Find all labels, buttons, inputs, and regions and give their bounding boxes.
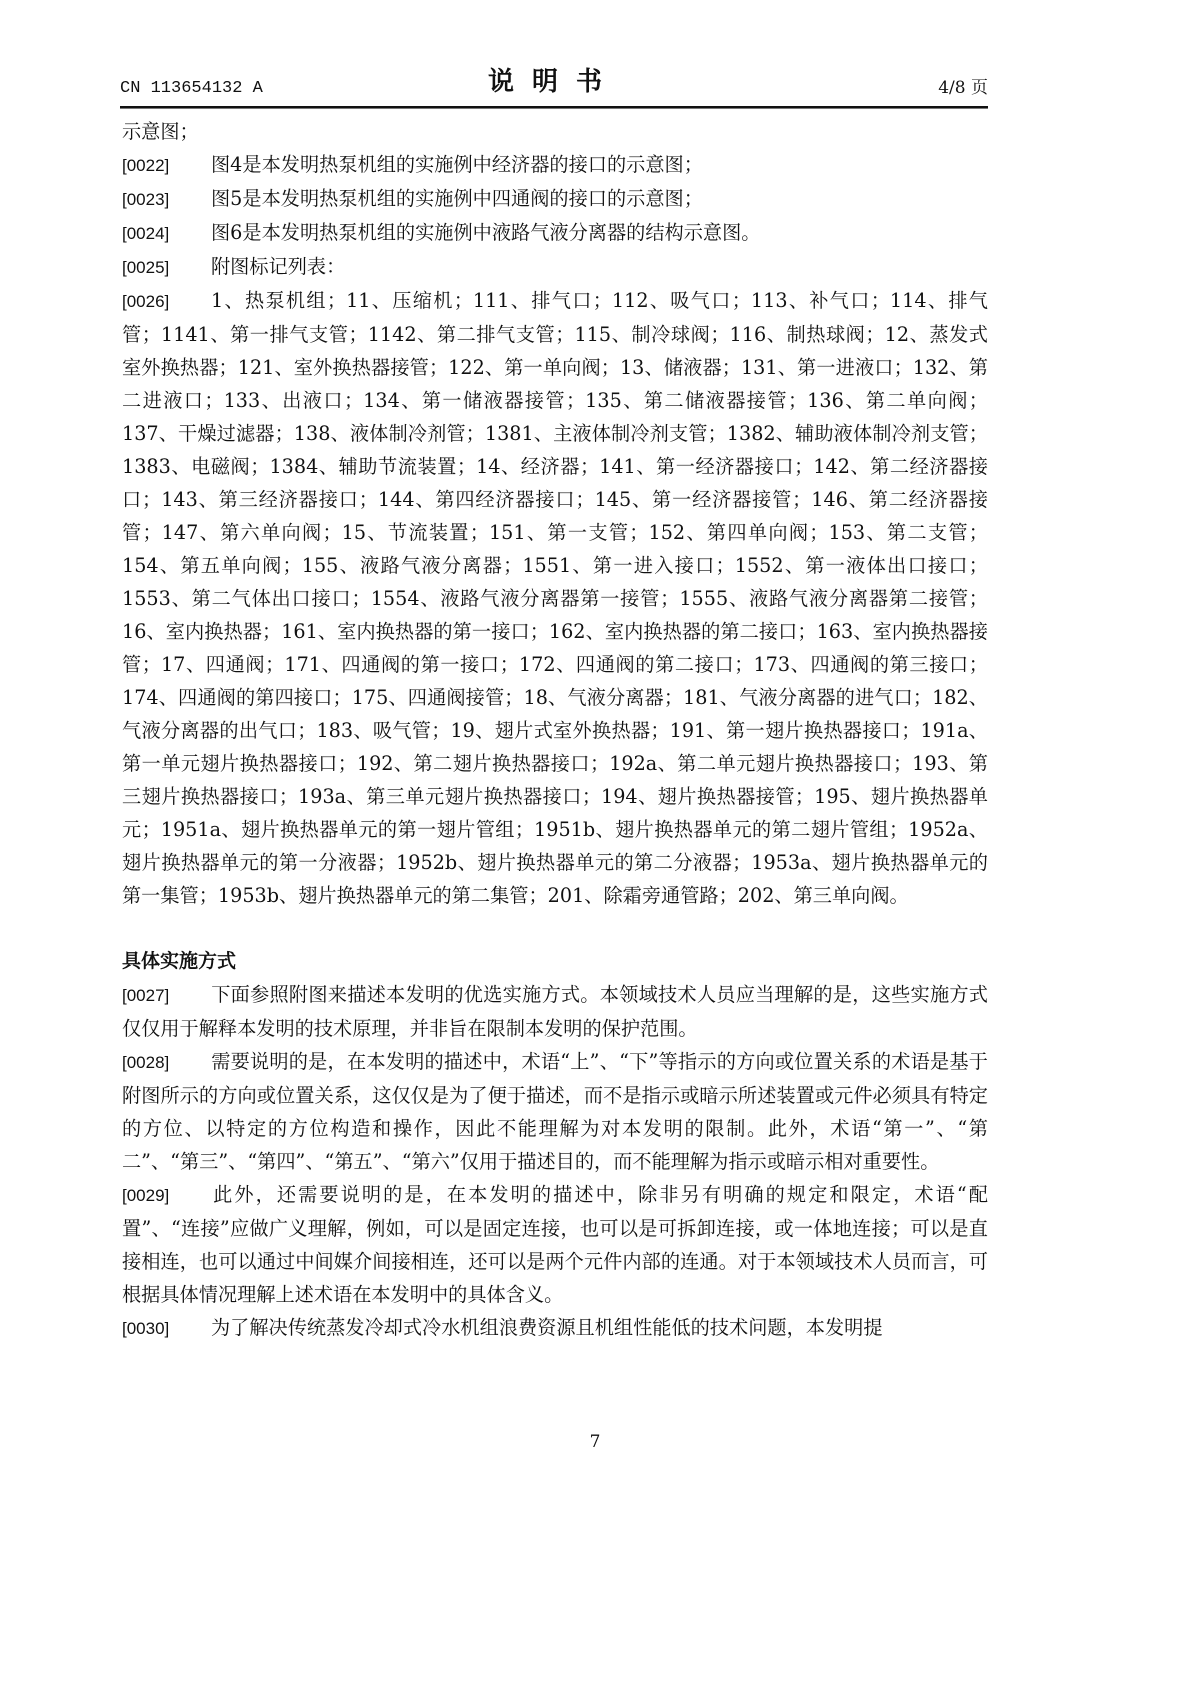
- paragraph-number: [0024]: [122, 217, 211, 250]
- paragraph: 示意图；: [122, 115, 988, 148]
- paragraph-text: 图5是本发明热泵机组的实施例中四通阀的接口的示意图；: [211, 187, 703, 210]
- page-header: CN 113654132 A 说明书 4/8 页: [120, 62, 988, 104]
- paragraph-text: 为了解决传统蒸发冷却式冷水机组浪费资源且机组性能低的技术问题，本发明提: [211, 1316, 883, 1339]
- paragraph-0030: [0030]为了解决传统蒸发冷却式冷水机组浪费资源且机组性能低的技术问题，本发明…: [122, 1311, 988, 1345]
- paragraph-text: 此外，还需要说明的是，在本发明的描述中，除非另有明确的规定和限定，术语“配置”、…: [122, 1183, 988, 1306]
- paragraph-0029: [0029]此外，还需要说明的是，在本发明的描述中，除非另有明确的规定和限定，术…: [122, 1178, 988, 1311]
- paragraph-0026: [0026]1、热泵机组；11、压缩机；111、排气口；112、吸气口；113、…: [122, 284, 988, 912]
- document-title: 说明书: [120, 61, 988, 98]
- paragraph-text: 示意图；: [122, 120, 199, 143]
- paragraph-0023: [0023]图5是本发明热泵机组的实施例中四通阀的接口的示意图；: [122, 182, 988, 216]
- section-heading: 具体实施方式: [122, 945, 988, 978]
- paragraph-text: 图4是本发明热泵机组的实施例中经济器的接口的示意图；: [211, 153, 703, 176]
- paragraph-number: [0029]: [122, 1179, 211, 1212]
- paragraph-0024: [0024]图6是本发明热泵机组的实施例中液路气液分离器的结构示意图。: [122, 216, 988, 250]
- paragraph-number: [0023]: [122, 183, 211, 216]
- paragraph-0022: [0022]图4是本发明热泵机组的实施例中经济器的接口的示意图；: [122, 148, 988, 182]
- header-divider: [120, 106, 988, 109]
- page-number: 7: [0, 1432, 1190, 1452]
- paragraph-text: 1、热泵机组；11、压缩机；111、排气口；112、吸气口；113、补气口；11…: [122, 289, 988, 907]
- paragraph-0028: [0028]需要说明的是，在本发明的描述中，术语“上”、“下”等指示的方向或位置…: [122, 1045, 988, 1178]
- paragraph-text: 图6是本发明热泵机组的实施例中液路气液分离器的结构示意图。: [211, 221, 760, 244]
- paragraph-0025: [0025]附图标记列表：: [122, 250, 988, 284]
- page-indicator: 4/8 页: [938, 73, 988, 98]
- paragraph-text: 下面参照附图来描述本发明的优选实施方式。本领域技术人员应当理解的是，这些实施方式…: [122, 983, 988, 1040]
- paragraph-number: [0025]: [122, 251, 211, 284]
- paragraph-text: 附图标记列表：: [211, 255, 345, 278]
- paragraph-number: [0026]: [122, 285, 211, 318]
- paragraph-number: [0022]: [122, 149, 211, 182]
- paragraph-number: [0030]: [122, 1312, 211, 1345]
- paragraph-0027: [0027]下面参照附图来描述本发明的优选实施方式。本领域技术人员应当理解的是，…: [122, 978, 988, 1045]
- paragraph-number: [0028]: [122, 1046, 211, 1079]
- paragraph-number: [0027]: [122, 979, 211, 1012]
- paragraph-text: 需要说明的是，在本发明的描述中，术语“上”、“下”等指示的方向或位置关系的术语是…: [122, 1050, 988, 1173]
- document-body: 示意图； [0022]图4是本发明热泵机组的实施例中经济器的接口的示意图； [0…: [122, 115, 988, 1345]
